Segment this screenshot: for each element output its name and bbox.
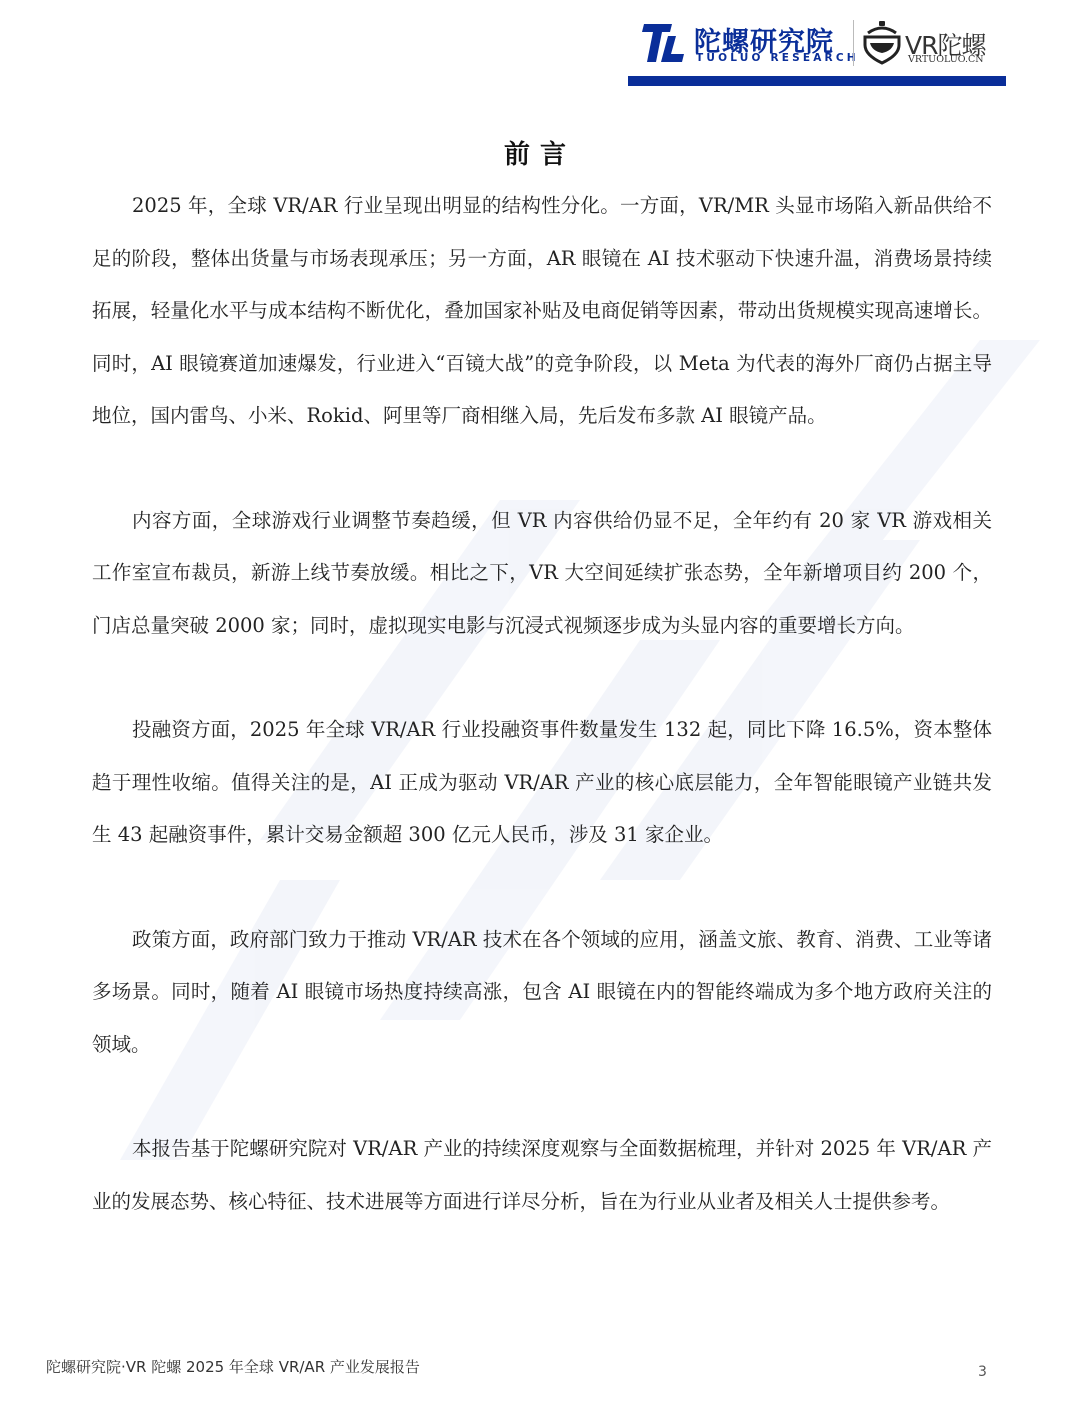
paragraph-investment: 投融资方面，2025 年全球 VR/AR 行业投融资事件数量发生 132 起，同… — [92, 704, 992, 862]
header-divider — [853, 20, 854, 66]
paragraph-report-purpose: 本报告基于陀螺研究院对 VR/AR 产业的持续深度观察与全面数据梳理，并针对 2… — [92, 1123, 992, 1228]
page-title: 前言 — [0, 134, 1080, 171]
paragraph-overview: 2025 年，全球 VR/AR 行业呈现出明显的结构性分化。一方面，VR/MR … — [92, 180, 992, 443]
paragraph-content: 内容方面，全球游戏行业调整节奏趋缓，但 VR 内容供给仍显不足，全年约有 20 … — [92, 495, 992, 653]
tuoluo-logo-icon — [642, 22, 686, 64]
footer-report-title: 陀螺研究院·VR 陀螺 2025 年全球 VR/AR 产业发展报告 — [46, 1356, 420, 1377]
header-accent-bar — [628, 76, 1006, 86]
page-header: 陀螺研究院 TUOLUO RESEARCH VR陀螺 VRTUOLUO.CN — [628, 14, 1006, 88]
page-number: 3 — [978, 1364, 987, 1380]
vr-headset-icon — [862, 19, 902, 67]
partner-url: VRTUOLUO.CN — [908, 54, 984, 65]
brand-name-en: TUOLUO RESEARCH — [696, 52, 859, 64]
paragraph-policy: 政策方面，政府部门致力于推动 VR/AR 技术在各个领域的应用，涵盖文旅、教育、… — [92, 914, 992, 1072]
document-body: 2025 年，全球 VR/AR 行业呈现出明显的结构性分化。一方面，VR/MR … — [92, 180, 992, 1228]
